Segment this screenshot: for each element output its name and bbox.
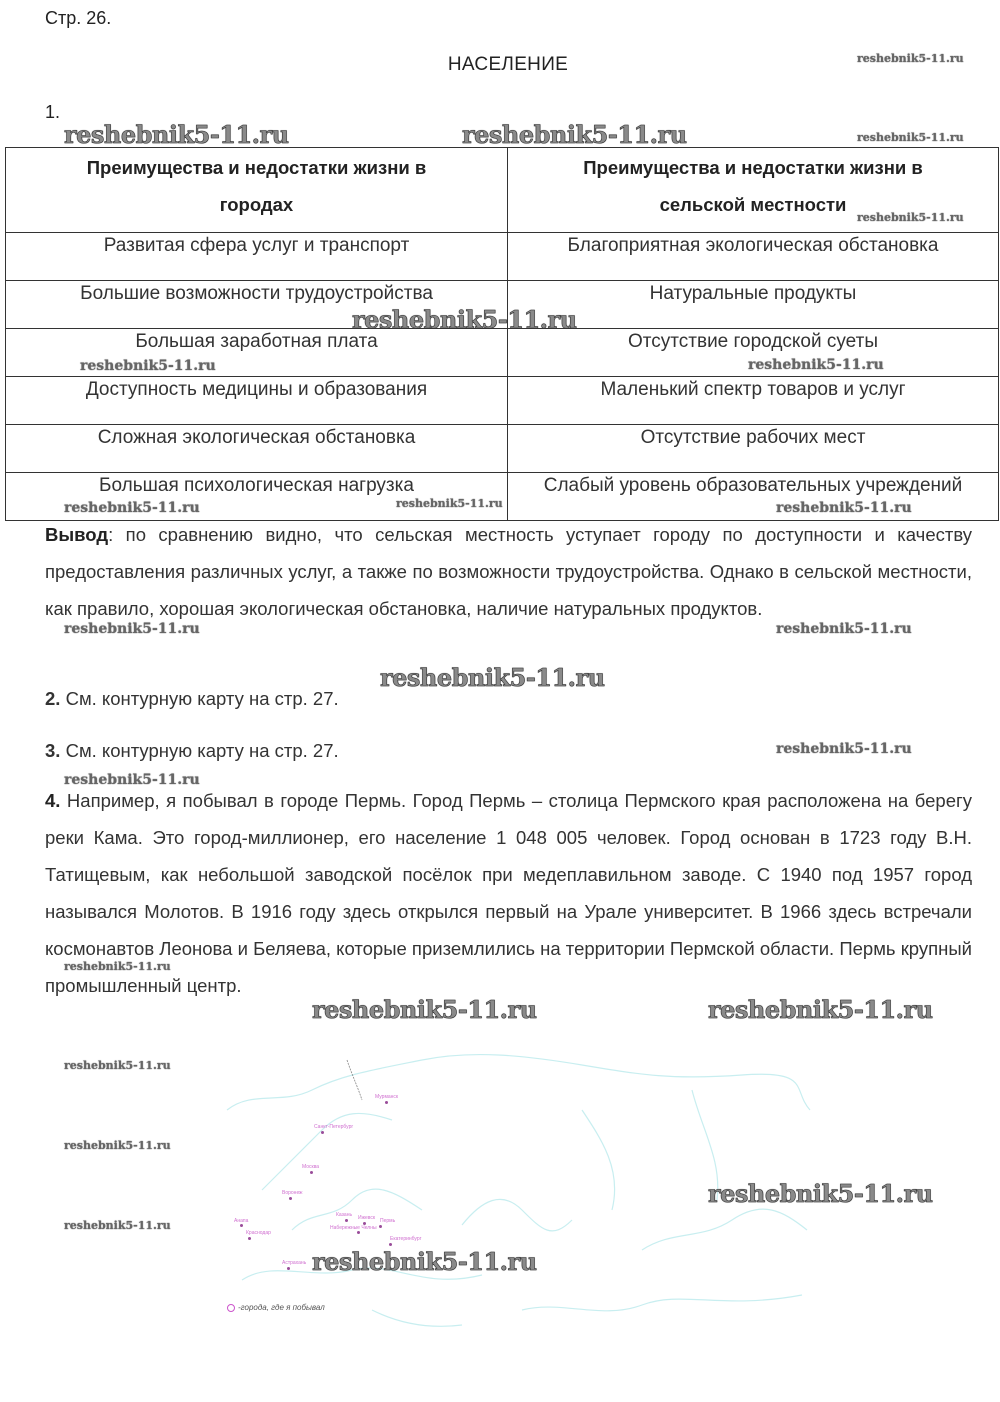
visited-city-marker-icon (227, 1304, 235, 1312)
page-number-label: Стр. 26. (45, 8, 111, 29)
city-label: Мурманск (375, 1094, 398, 1100)
city-label: Астрахань (282, 1260, 306, 1266)
city-label: Казань (336, 1212, 352, 1218)
city-label: Анапа (234, 1218, 248, 1224)
watermark: reshebnik5-11.ru (380, 663, 605, 692)
watermark: reshebnik5-11.ru (748, 357, 884, 373)
header-city: Преимущества и недостатки жизни в города… (6, 148, 508, 233)
cell-rural: Слабый уровень образовательных учреждени… (508, 473, 999, 521)
cell-rural: Маленький спектр товаров и услуг (508, 377, 999, 425)
watermark: reshebnik5-11.ru (857, 211, 964, 224)
table-row: Развитая сфера услуг и транспорт Благопр… (6, 233, 999, 281)
watermark: reshebnik5-11.ru (64, 1219, 171, 1232)
watermark: reshebnik5-11.ru (708, 1179, 933, 1208)
city-label: Краснодар (246, 1230, 271, 1236)
map-legend: -города, где я побывал (227, 1303, 325, 1312)
city-label: Воронеж (282, 1190, 303, 1196)
watermark: reshebnik5-11.ru (64, 621, 200, 637)
city-label: Санкт-Петербург (314, 1124, 353, 1130)
city-label: Пермь (380, 1218, 395, 1224)
city-label: Москва (302, 1164, 319, 1170)
watermark: reshebnik5-11.ru (64, 500, 200, 516)
task-1-number: 1. (45, 102, 60, 123)
task-4-paragraph: 4. Например, я побывал в городе Пермь. Г… (45, 782, 972, 1004)
watermark: reshebnik5-11.ru (776, 621, 912, 637)
watermark: reshebnik5-11.ru (462, 120, 687, 149)
city-label: Ижевск (358, 1215, 375, 1221)
watermark: reshebnik5-11.ru (64, 1139, 171, 1152)
watermark: reshebnik5-11.ru (64, 772, 200, 788)
conclusion-text: : по сравнению видно, что сельская местн… (45, 524, 972, 619)
cell-city: Сложная экологическая обстановка (6, 425, 508, 473)
conclusion-paragraph: Вывод: по сравнению видно, что сельская … (45, 516, 972, 627)
watermark: reshebnik5-11.ru (857, 131, 964, 144)
watermark: reshebnik5-11.ru (64, 120, 289, 149)
cell-rural: Отсутствие рабочих мест (508, 425, 999, 473)
watermark: reshebnik5-11.ru (776, 741, 912, 757)
table-header-row: Преимущества и недостатки жизни в города… (6, 148, 999, 233)
watermark: reshebnik5-11.ru (776, 500, 912, 516)
task-4-text: Например, я побывал в городе Пермь. Горо… (45, 790, 972, 996)
table-row: Доступность медицины и образования Мален… (6, 377, 999, 425)
watermark: reshebnik5-11.ru (312, 995, 537, 1024)
watermark: reshebnik5-11.ru (708, 995, 933, 1024)
watermark: reshebnik5-11.ru (64, 1059, 171, 1072)
comparison-table: Преимущества и недостатки жизни в города… (5, 147, 999, 521)
page-title: НАСЕЛЕНИЕ (0, 54, 1000, 76)
watermark: reshebnik5-11.ru (396, 497, 503, 510)
cell-rural: Благоприятная экологическая обстановка (508, 233, 999, 281)
table-row: Сложная экологическая обстановка Отсутст… (6, 425, 999, 473)
watermark: reshebnik5-11.ru (80, 358, 216, 374)
city-label: Набережные Челны (330, 1225, 377, 1231)
task-3: 3. См. контурную карту на стр. 27. (45, 740, 339, 762)
city-label: Екатеринбург (390, 1236, 421, 1242)
watermark: reshebnik5-11.ru (857, 52, 964, 65)
task-4-number: 4. (45, 790, 60, 811)
cell-city: Доступность медицины и образования (6, 377, 508, 425)
cell-rural: Натуральные продукты (508, 281, 999, 329)
conclusion-label: Вывод (45, 524, 108, 545)
task-2: 2. См. контурную карту на стр. 27. (45, 688, 339, 710)
watermark: reshebnik5-11.ru (352, 305, 577, 334)
watermark: reshebnik5-11.ru (312, 1247, 537, 1276)
watermark: reshebnik5-11.ru (64, 960, 171, 973)
cell-city: Развитая сфера услуг и транспорт (6, 233, 508, 281)
